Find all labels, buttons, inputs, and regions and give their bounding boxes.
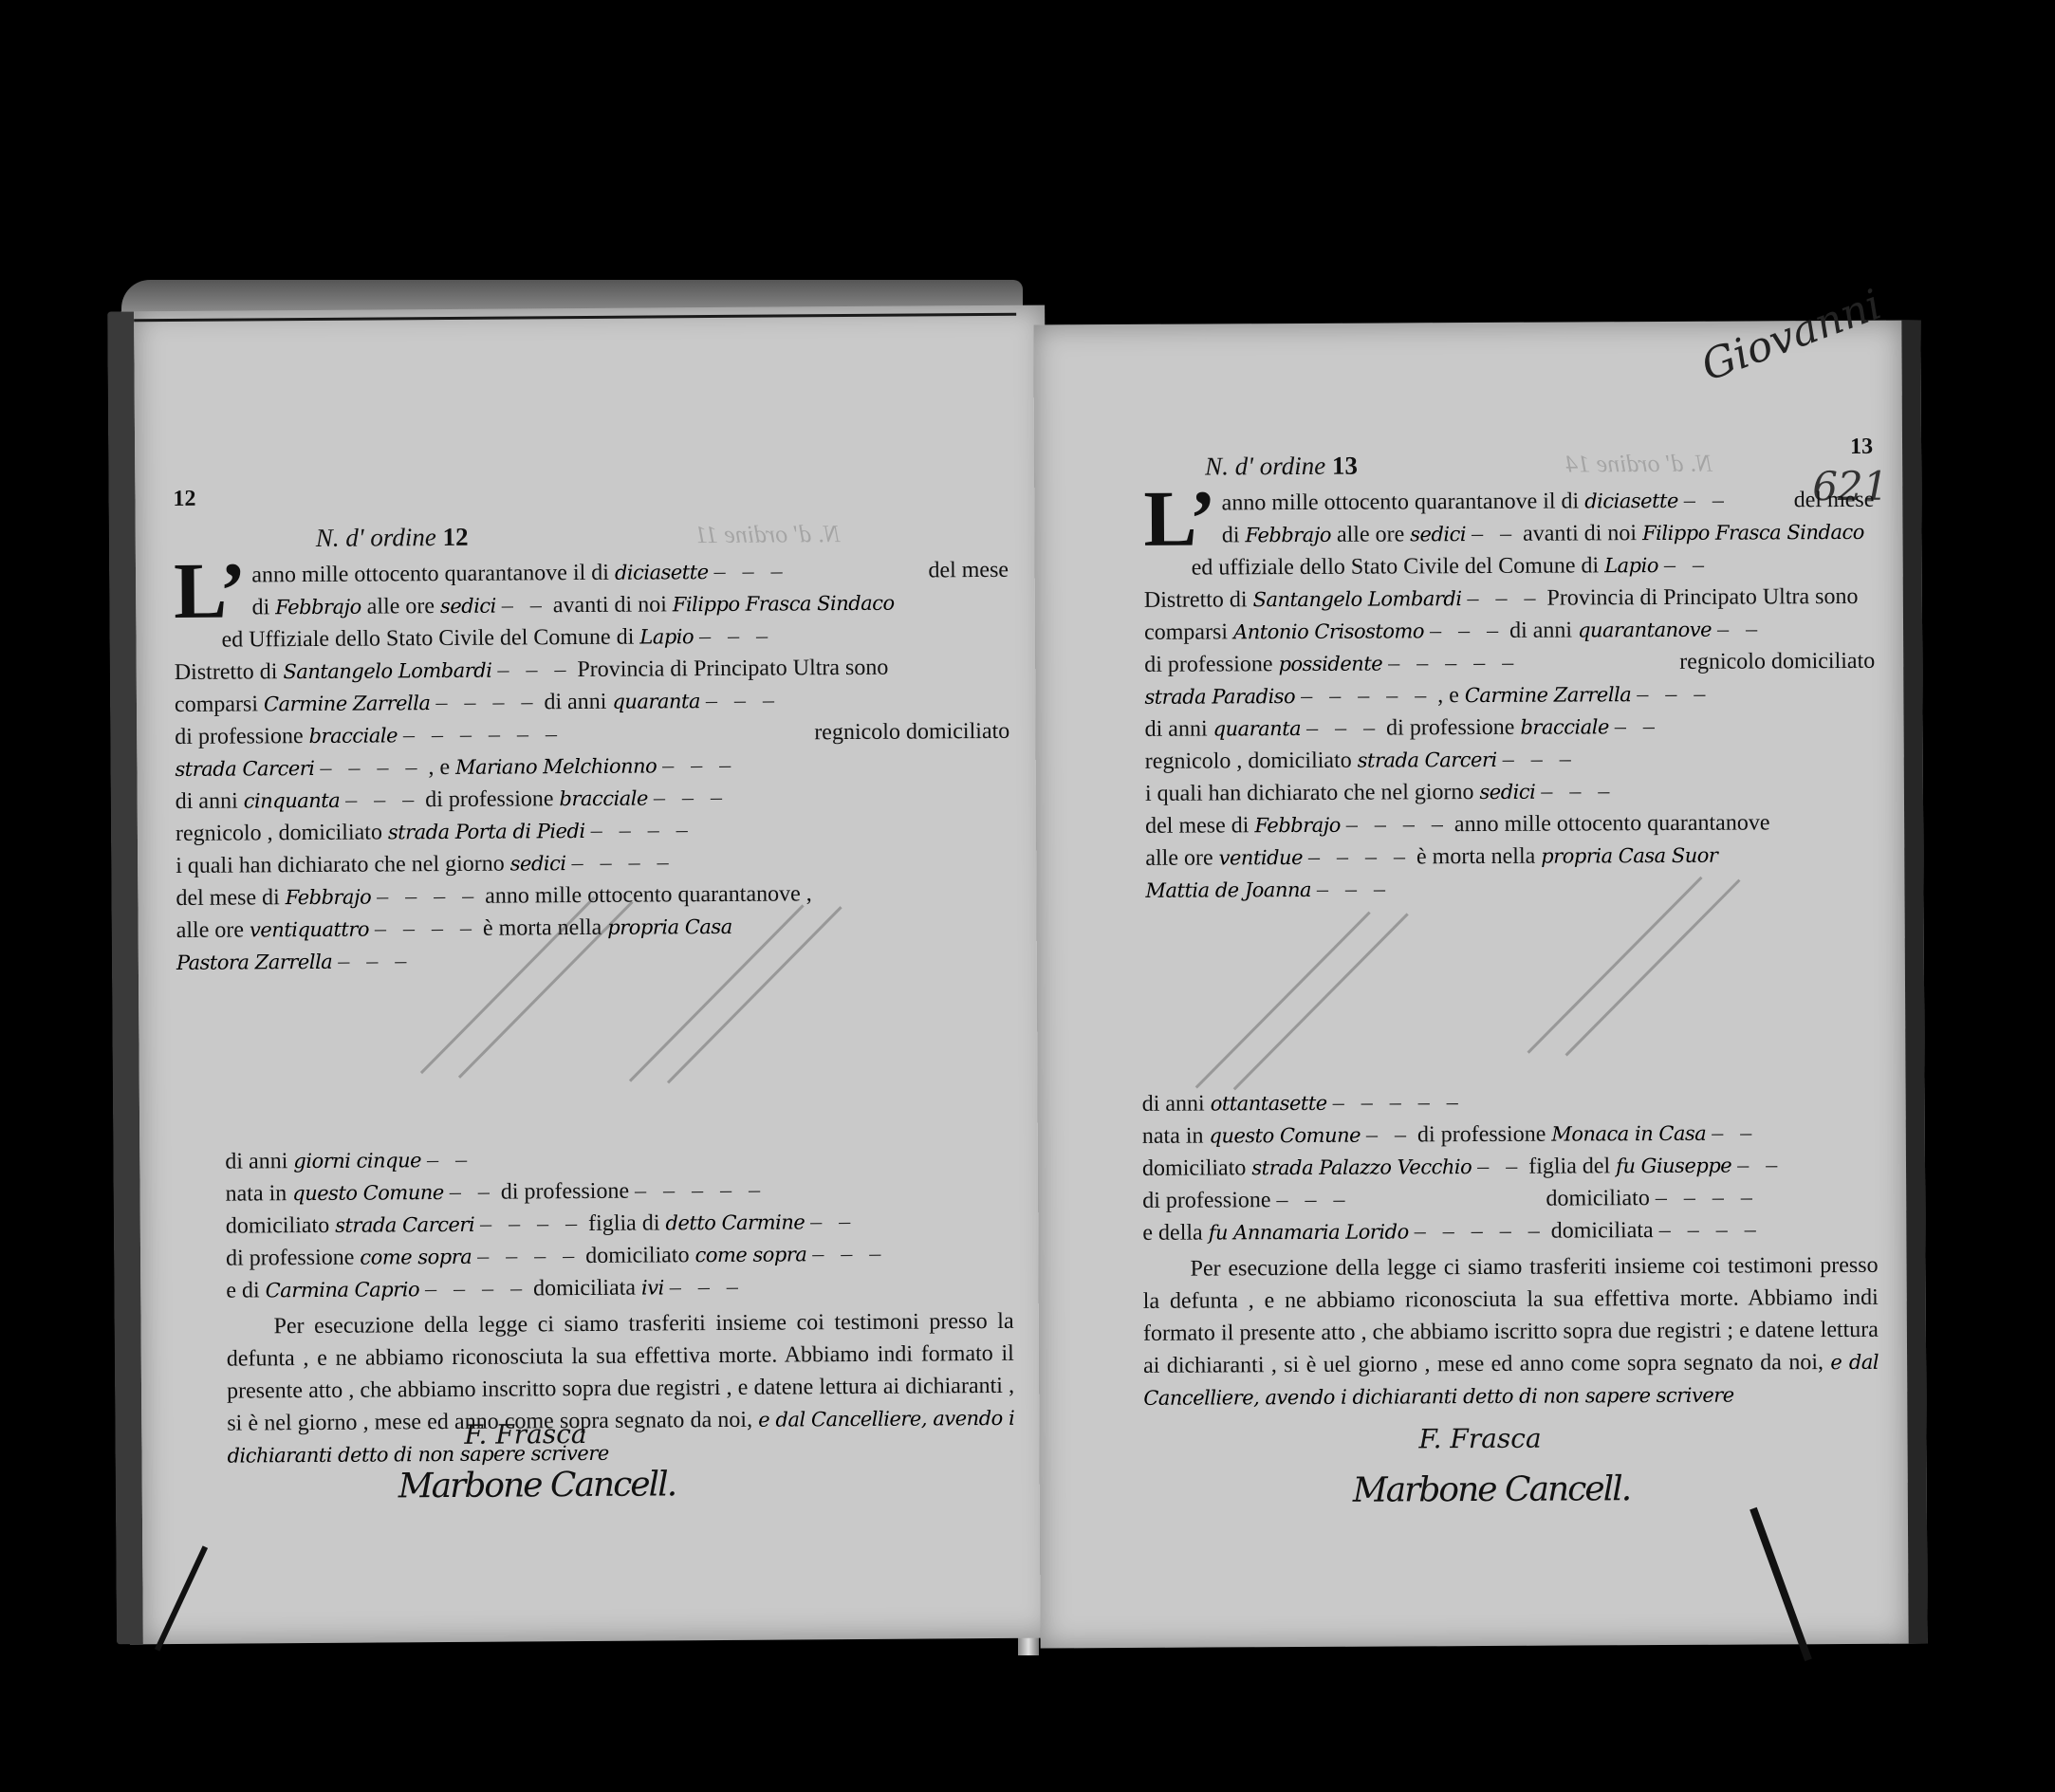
handwritten-declarant-1: Antonio Crisostomo [1233,619,1424,643]
act-body: L’anno mille ottocento quarantanove il d… [1143,484,1876,907]
strike-hatch [1565,879,1741,1057]
handwritten-deceased-name: Mattia de Joanna [1145,878,1311,902]
ordine-number: 12 [442,523,468,551]
printed-text: domiciliata [1551,1218,1654,1244]
bleed-through-heading: N. d' ordine 11 [695,520,841,549]
right-page: Giovanni 13 621 N. d' ordine 13 N. d' or… [1033,321,1927,1649]
handwritten-birthplace: questo Comune [292,1181,444,1205]
handwritten-month: Febbrajo [275,596,361,619]
handwritten-day: sedici [510,852,566,875]
ordine-label: N. d' ordine [1205,452,1325,481]
printed-text: figlia di [588,1210,660,1236]
page-number: 12 [173,487,195,512]
handwritten-mother: Carmina Caprio [266,1278,420,1302]
handwritten-address: strada Carceri [175,757,314,781]
handwritten-profession: possidente [1278,653,1382,676]
printed-text: di professione [175,724,303,749]
handwritten-day: diciasette [615,561,709,584]
printed-text: domiciliato [585,1243,689,1268]
closing-paragraph: Per esecuzione della legge ci siamo tras… [1142,1249,1879,1414]
act-line: di anni ottantasette – – – – – [1142,1084,1878,1120]
handwritten-declarant-1: Carmine Zarrella [264,692,431,715]
ordine-label: N. d' ordine [316,523,436,552]
handwritten-birthplace: questo Comune [1209,1124,1361,1148]
act-line: Mattia de Joanna – – – [1145,871,1876,907]
handwritten-deceased-name: Pastora Zarrella [176,951,333,974]
ordine-heading: N. d' ordine 12 [316,523,469,553]
handwritten-mayor: Filippo Frasca Sindaco [1642,521,1864,545]
handwritten-mayor: Filippo Frasca Sindaco [673,592,895,617]
printed-text: di professione [1142,1188,1270,1213]
handwritten-profession: come sopra [360,1246,472,1269]
act-line: nata in questo Comune – – di professione… [225,1173,1012,1210]
printed-text: Distretto di [1144,587,1248,613]
handwritten-month: Febbrajo [1245,524,1331,546]
printed-text: è morta nella [1416,844,1535,870]
handwritten-profession: bracciale [1520,715,1609,738]
handwritten-day: diciasette [1584,490,1678,513]
signature-mayor: F. Frasca [1418,1423,1541,1455]
act-lower-body: di anni giorni cinque – – nata in questo… [225,1140,1014,1472]
handwritten-age: quaranta [1213,717,1302,740]
printed-text: di professione [1386,715,1514,741]
page-border-top [134,313,1016,322]
printed-text: anno mille ottocento quarantanove il di [251,561,609,588]
handwritten-mother: fu Annamaria Lorido [1209,1220,1409,1244]
printed-text: di professione [501,1179,629,1205]
printed-text: i quali han dichiarato che nel giorno [1145,780,1474,806]
act-line: di anni giorni cinque – – [225,1140,1012,1178]
open-register-book: 12 N. d' ordine 12 N. d' ordine 11 L’ann… [112,280,1919,1665]
printed-text: figlia del [1528,1154,1610,1178]
printed-text: e di [226,1278,260,1302]
printed-text: del mese di [1145,813,1249,839]
handwritten-profession: Monaca in Casa [1551,1122,1706,1146]
left-page: 12 N. d' ordine 12 N. d' ordine 11 L’ann… [107,305,1054,1645]
printed-text: avanti di noi [1523,521,1637,546]
printed-text: di [1222,523,1240,547]
act-line: Pastora Zarrella – – – [176,941,1011,979]
handwritten-age: ottantasette [1211,1092,1327,1116]
handwritten-district: Santangelo Lombardi [1252,587,1461,611]
handwritten-month: Febbrajo [1254,814,1341,837]
handwritten-profession: bracciale [308,724,398,748]
printed-text: alle ore [1337,522,1404,546]
printed-text: e della [1142,1221,1202,1246]
printed-text: Per esecuzione della legge ci siamo tras… [1143,1253,1879,1378]
closing-paragraph: Per esecuzione della legge ci siamo tras… [226,1305,1014,1472]
printed-text: alle ore [176,917,244,942]
printed-text: domiciliato [226,1213,329,1239]
printed-text: Provincia di Principato Ultra sono [1546,584,1858,611]
printed-text: anno mille ottocento quarantanove [1454,810,1770,837]
printed-text: regnicolo , domiciliato [176,820,382,846]
printed-text: di anni [1145,717,1208,742]
printed-text: è morta nella [483,915,602,941]
act-line: di professione come sopra – – – – domici… [226,1237,1013,1275]
printed-text: comparsi [175,692,258,717]
printed-text: i quali han dichiarato che nel giorno [176,852,505,878]
handwritten-declarant-2: Mariano Melchionno [455,754,657,778]
printed-text: di professione [1417,1122,1546,1148]
act-line: comparsi Antonio Crisostomo – – – di ann… [1144,613,1875,649]
printed-text: , e [1437,683,1459,708]
handwritten-declarant-2: Carmine Zarrella [1465,683,1632,707]
act-line: nata in questo Comune – – di professione… [1142,1117,1878,1153]
handwritten-address: strada Porta di Piedi [388,820,585,843]
printed-text: domiciliato [1142,1155,1246,1181]
handwritten-address: ivi [641,1276,664,1299]
handwritten-month: Febbrajo [286,886,372,910]
handwritten-place: propria Casa [607,915,732,939]
printed-text: anno mille ottocento quarantanove il di [1222,489,1580,515]
printed-text: di [251,595,269,619]
handwritten-place: propria Casa Suor [1541,844,1717,868]
act-line: strada Paradiso – – – – – , e Carmine Za… [1144,677,1875,713]
handwritten-address: strada Carceri [1358,748,1497,772]
handwritten-address: strada Carceri [335,1213,474,1237]
ordine-number: 13 [1332,452,1358,480]
printed-text: nata in [226,1181,287,1206]
act-lower-body: di anni ottantasette – – – – – nata in q… [1142,1084,1879,1414]
act-body: L’anno mille ottocento quarantanove il d… [174,554,1011,979]
handwritten-age: cinquanta [244,789,341,813]
handwritten-hour: sedici [440,595,496,618]
printed-text: regnicolo domiciliato [1679,645,1875,678]
printed-text: di anni [1142,1092,1205,1117]
printed-text: Distretto di [175,659,278,685]
handwritten-age: giorni cinque [293,1149,421,1173]
handwritten-district: Santangelo Lombardi [283,659,491,684]
handwritten-comune: Lapio [639,625,694,648]
handwritten-father: fu Giuseppe [1616,1155,1731,1178]
handwritten-address: strada Palazzo Vecchio [1251,1155,1472,1179]
handwritten-hour: ventiquattro [250,918,369,942]
printed-text: avanti di noi [553,592,667,618]
act-line: ed uffiziale dello Stato Civile del Comu… [1144,548,1875,584]
act-line: e di Carmina Caprio – – – – domiciliata … [226,1269,1013,1307]
act-line: di professione – – – domiciliato – – – – [1142,1181,1878,1217]
printed-text: domiciliato [1356,1186,1649,1212]
printed-text: anno mille ottocento quarantanove , [485,881,812,908]
act-line: Distretto di Santangelo Lombardi – – – P… [1144,581,1875,617]
signature-chancellor: Marbone Cancell. [1353,1469,1631,1510]
act-line: domiciliato strada Carceri – – – – figli… [226,1205,1013,1243]
printed-text: ed Uffiziale dello Stato Civile del Comu… [221,625,634,653]
signature-mayor: F. Frasca [464,1418,586,1450]
handwritten-comune: Lapio [1604,554,1658,577]
act-line: domiciliato strada Palazzo Vecchio – – f… [1142,1149,1878,1185]
printed-text: ed uffiziale dello Stato Civile del Comu… [1192,553,1600,580]
act-line: del mese di Febbrajo – – – – anno mille … [1145,806,1876,842]
printed-text: di anni [225,1149,287,1173]
act-line: alle ore ventidue – – – – è morta nella … [1145,839,1876,875]
printed-text: alle ore [367,594,435,619]
printed-text: alle ore [1145,845,1213,870]
printed-text: nata in [1142,1124,1204,1149]
strike-hatch [1195,912,1371,1089]
printed-text: regnicolo , domiciliato [1145,748,1352,774]
handwritten-day: sedici [1479,781,1535,804]
printed-text: di anni [544,690,606,714]
handwritten-hour: ventidue [1219,846,1303,869]
printed-text: di anni [176,789,238,814]
printed-text: regnicolo domiciliato [814,715,1009,748]
strike-hatch [1233,913,1409,1090]
printed-text: del mese [928,554,1009,587]
handwritten-address: strada Paradiso [1144,685,1295,709]
handwritten-father: detto Carmine [665,1210,805,1234]
bleed-through-heading: N. d' ordine 14 [1565,450,1712,479]
printed-text: del mese [1794,484,1875,516]
margin-annotation: Giovanni [1695,281,1888,391]
act-line: di Febbrajo alle ore sedici – – avanti d… [1143,516,1874,552]
ordine-heading: N. d' ordine 13 [1205,452,1358,482]
handwritten-hour: sedici [1410,523,1466,545]
printed-text: di anni [1509,618,1572,642]
printed-text: comparsi [1144,619,1228,644]
printed-text: del mese di [176,885,279,911]
signature-chancellor: Marbone Cancell. [398,1465,676,1506]
handwritten-age: quarantanove [1578,619,1712,642]
handwritten-age: quaranta [612,690,700,713]
printed-text: di professione [425,786,553,812]
page-number: 13 [1850,434,1873,460]
act-line: e della fu Annamaria Lorido – – – – – do… [1142,1213,1878,1249]
act-line: L’anno mille ottocento quarantanove il d… [1143,484,1874,520]
printed-text: , e [428,755,450,780]
act-line: di professione possidente – – – – – regn… [1144,645,1875,681]
act-line: regnicolo , domiciliato strada Carceri –… [1145,742,1876,778]
printed-text: Provincia di Principato Ultra sono [577,656,888,682]
act-line: di anni quaranta – – – di professione br… [1144,710,1875,746]
printed-text: di professione [1144,652,1272,677]
handwritten-profession: bracciale [559,787,648,811]
handwritten-address: come sopra [694,1243,806,1266]
printed-text: domiciliata [533,1276,636,1302]
printed-text: di professione [226,1246,354,1271]
act-line: i quali han dichiarato che nel giorno se… [1145,774,1876,810]
